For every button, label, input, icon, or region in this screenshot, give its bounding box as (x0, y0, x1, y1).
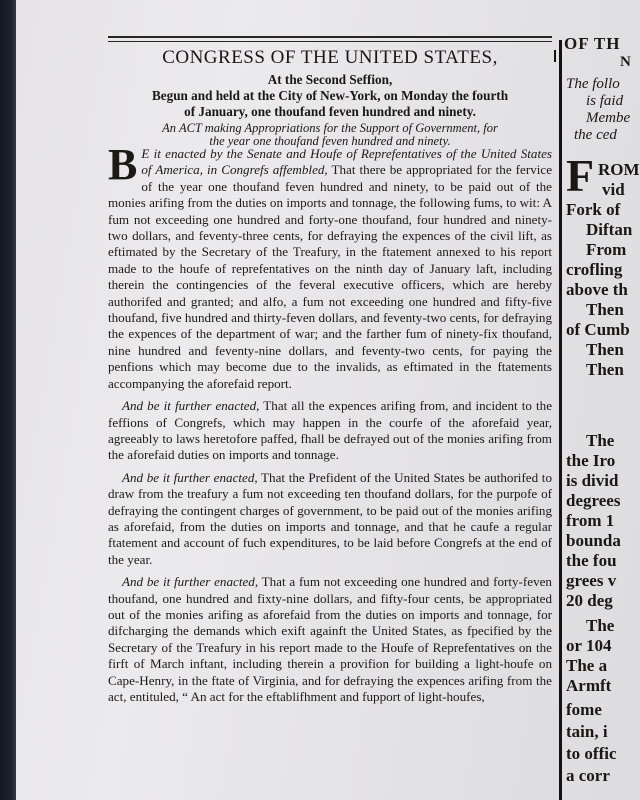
right-line: the Iro (566, 451, 615, 471)
right-line: vid (602, 180, 625, 200)
right-line: Diftan (586, 220, 632, 240)
right-line: Fork of (566, 200, 620, 220)
right-line: From (586, 240, 626, 260)
right-header-1: OF TH (564, 34, 620, 54)
right-line: Then (586, 340, 624, 360)
top-rule (108, 36, 552, 42)
right-line: from 1 (566, 511, 614, 531)
paragraph-enacting: BE it enacted by the Senate and Houfe of… (108, 146, 552, 392)
right-line: grees v (566, 571, 616, 591)
right-column: OF TH N The follo is faid Membe the ced … (564, 0, 640, 800)
dropcap: B (108, 148, 137, 182)
act-title-line-1: An ACT making Appropriations for the Sup… (108, 121, 552, 135)
page-edge-shadow (0, 0, 17, 800)
right-line: of Cumb (566, 320, 630, 340)
right-line: bounda (566, 531, 621, 551)
right-line: a corr (566, 766, 610, 786)
session-line: At the Second Seffion, (108, 72, 552, 88)
left-column: CONGRESS OF THE UNITED STATES, At the Se… (108, 0, 558, 800)
right-line: to offic (566, 744, 617, 764)
begun-line-2: of January, one thoufand feven hundred a… (108, 104, 552, 120)
italic-lead: And be it further enacted, (122, 398, 259, 413)
act-body: BE it enacted by the Senate and Houfe of… (108, 146, 552, 705)
right-italic-4: the ced (574, 127, 617, 144)
right-line: the fou (566, 551, 617, 571)
newspaper-page: CONGRESS OF THE UNITED STATES, At the Se… (16, 0, 640, 800)
italic-lead: And be it further enacted, (122, 574, 258, 589)
right-line: Then (586, 360, 624, 380)
paragraph-lighthouse: And be it further enacted, That a fum no… (108, 574, 552, 705)
right-line: above th (566, 280, 628, 300)
right-italic-2: is faid (586, 93, 623, 110)
right-line: The (586, 616, 614, 636)
right-italic-1: The follo (566, 76, 620, 93)
italic-lead: And be it further enacted, (122, 470, 258, 485)
column-rule-stub (554, 50, 556, 62)
right-line: Armft (566, 676, 611, 696)
headline: CONGRESS OF THE UNITED STATES, (108, 47, 552, 69)
right-dropcap: F (566, 156, 594, 196)
right-line: tain, i (566, 722, 608, 742)
right-line: degrees (566, 491, 620, 511)
begun-line-1: Begun and held at the City of New-York, … (108, 88, 552, 104)
right-line: The (586, 431, 614, 451)
paragraph-sessions: And be it further enacted, That all the … (108, 398, 552, 464)
right-line: is divid (566, 471, 618, 491)
paragraph-text: That there be appropriated for the fervi… (108, 162, 552, 390)
column-rule (559, 40, 562, 800)
right-line: ROM (598, 160, 640, 180)
right-line: Then (586, 300, 624, 320)
right-italic-3: Membe (586, 110, 630, 127)
right-line: The a (566, 656, 607, 676)
right-line: 20 deg (566, 591, 613, 611)
right-line: fome (566, 700, 602, 720)
right-line: or 104 (566, 636, 612, 656)
paragraph-text: That a fum not exceeding one hundred and… (108, 574, 552, 704)
right-line: crofling (566, 260, 622, 280)
right-header-2: N (620, 52, 631, 72)
paragraph-president: And be it further enacted, That the Pref… (108, 470, 552, 568)
